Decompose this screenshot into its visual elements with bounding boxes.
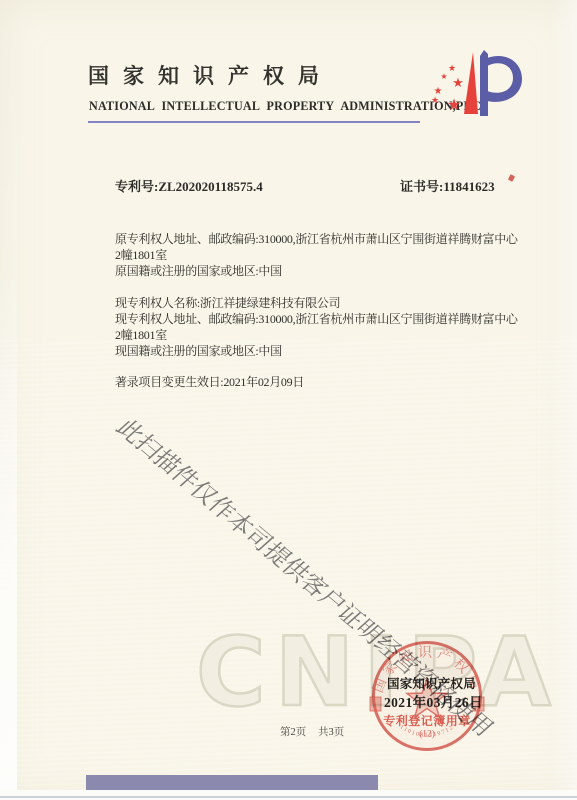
star-icon: ★ [431,96,439,106]
star-icon: ★ [440,72,447,81]
text-line: 现专利权人地址、邮政编码:310000,浙江省杭州市萧山区宁围街道祥腾财富中心 [115,311,518,327]
text-line: 现国籍或注册的国家或地区:中国 [115,343,518,359]
star-icon: ★ [447,95,461,114]
header-rule [88,121,420,123]
text-line: 2幢1801室 [115,247,518,263]
star-icon: ★ [452,76,464,91]
text-line: 现专利权人名称:浙江祥捷绿建科技有限公司 [115,295,518,311]
scan-artifact-band [86,775,378,792]
agency-title-cn: 国家知识产权局 [88,60,333,90]
logo-red-spike [464,52,478,114]
current-holder-paragraph: 现专利权人名称:浙江祥捷绿建科技有限公司 现专利权人地址、邮政编码:310000… [115,295,518,359]
scan-bottom-line [0,796,577,798]
text-line: 2幢1801室 [115,327,518,343]
seal-edge-block-left [370,697,381,711]
patent-number: 专利号:ZL202020118575.4 [115,176,263,195]
cnipa-logo-icon: ★ ★ ★ ★ ★ ★ [423,46,528,136]
text-line: 著录项目变更生效日:2021年02月09日 [115,374,304,390]
effective-date-line: 著录项目变更生效日:2021年02月09日 [115,374,304,390]
red-speck-mark [508,174,515,182]
logo-blue-bar [480,50,488,116]
footer-page-total: 共3页 [318,724,344,739]
scanned-patent-document: CNIPA 国家知识产权局 NATIONAL INTELLECTUAL PROP… [0,0,577,800]
scan-left-margin [0,0,17,800]
text-line: 原专利权人地址、邮政编码:310000,浙江省杭州市萧山区宁围街道祥腾财富中心 [115,231,518,247]
certificate-number: 证书号:11841623 [400,176,495,195]
text-line: 原国籍或注册的国家或地区:中国 [115,263,518,279]
star-icon: ★ [448,64,456,74]
logo-blue-bowl [487,56,522,102]
original-holder-paragraph: 原专利权人地址、邮政编码:310000,浙江省杭州市萧山区宁围街道祥腾财富中心 … [115,231,518,279]
footer-page-number: 第2页 [280,724,306,739]
